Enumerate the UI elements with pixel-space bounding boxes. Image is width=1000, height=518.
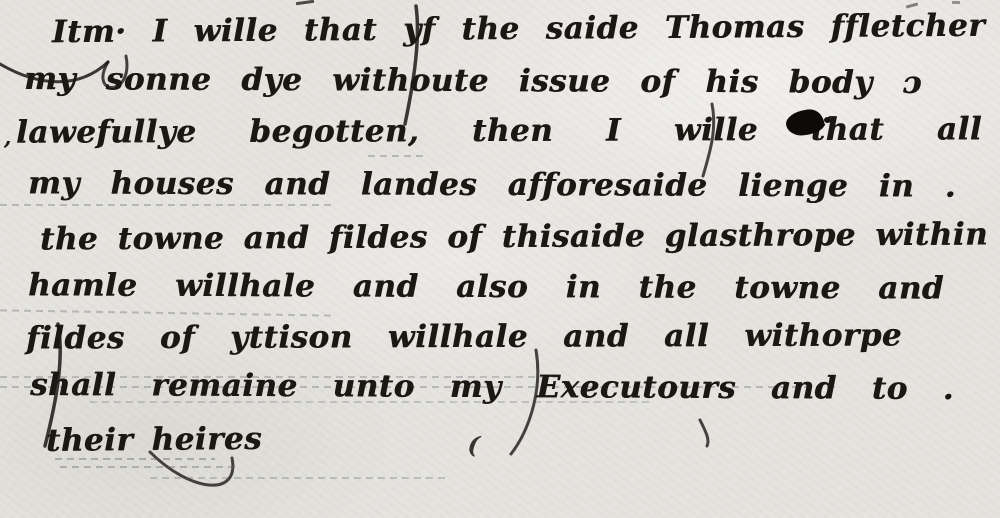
manuscript-line-6: hamle willhale and also in the towne and <box>28 268 944 313</box>
manuscript-line-2: my sonne dye withoute issue of his body … <box>24 62 922 108</box>
manuscript-scan: Itm· I wille that yf the saide Thomas ff… <box>0 0 1000 518</box>
manuscript-line-1: Itm· I wille that yf the saide Thomas ff… <box>52 9 985 58</box>
ink-speck <box>952 1 960 4</box>
stray-pen-mark: ( <box>466 429 481 459</box>
manuscript-line-9: their heires <box>46 420 466 466</box>
manuscript-line-7: fildes of yttison willhale and all witho… <box>26 318 902 363</box>
ink-blot-dot <box>824 117 831 123</box>
scan-artifact-line <box>60 466 235 468</box>
manuscript-line-3: lawefullye begotten, then I wille that a… <box>16 112 982 157</box>
scan-artifact-line <box>150 477 450 479</box>
manuscript-line-8: shall remaine unto my Executours and to … <box>30 368 954 414</box>
ink-speck <box>296 0 314 5</box>
stray-pen-mark: ’ <box>3 136 11 165</box>
manuscript-line-4: my houses and landes afforesaide lienge … <box>28 166 956 211</box>
manuscript-line-5: the towne and fildes of thisaide glasthr… <box>40 218 988 265</box>
